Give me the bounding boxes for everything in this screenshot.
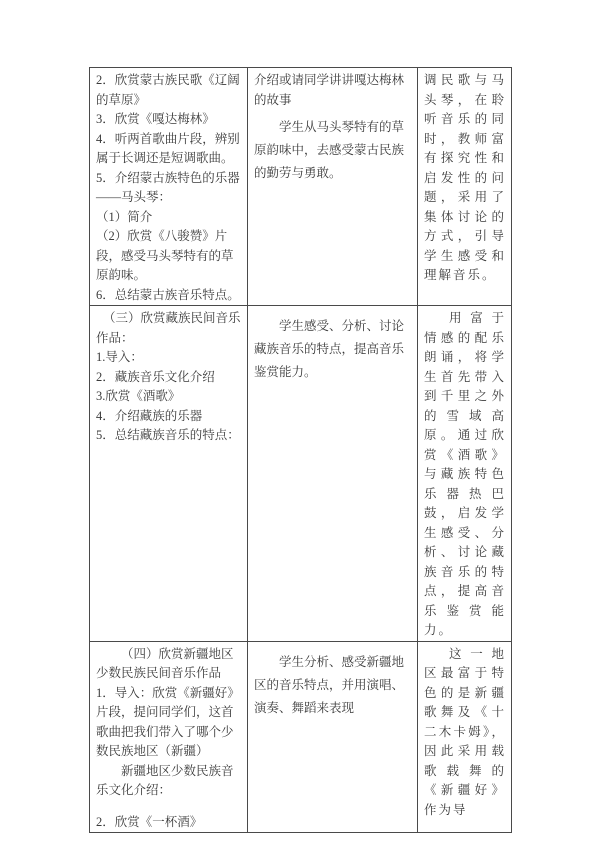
paragraph: 6．总结蒙古族音乐特点。 <box>96 286 242 306</box>
paragraph: （四）欣赏新疆地区少数民族民间音乐作品 <box>96 645 242 684</box>
table-row: （三）欣赏藏族民间音乐作品： 1.导入： 2．藏族音乐文化介绍 3.欣赏《酒歌》… <box>90 306 512 642</box>
paragraph: 5．介绍蒙古族特色的乐器——马头琴： <box>96 169 242 208</box>
paragraph: 学生从马头琴特有的草原韵味中，去感受蒙古民族的勤劳与勇敢。 <box>254 116 412 185</box>
paragraph: 5．总结藏族音乐的特点： <box>96 426 242 446</box>
table-row: 2．欣赏蒙古族民歌《辽阔的草原》 3．欣赏《嘎达梅林》 4．听两首歌曲片段，辨别… <box>90 68 512 306</box>
paragraph: 这一地区最富于特色的是新疆歌舞及《十二木卡姆》，因此采用载歌载舞的《新疆好》作为… <box>424 645 506 821</box>
cell-teaching-steps: （四）欣赏新疆地区少数民族民间音乐作品 1．导入：欣赏《新疆好》片段，提问同学们… <box>90 641 248 833</box>
paragraph: 新疆地区少数民族音乐文化介绍： <box>96 762 242 801</box>
document-page: 2．欣赏蒙古族民歌《辽阔的草原》 3．欣赏《嘎达梅林》 4．听两首歌曲片段，辨别… <box>0 0 595 842</box>
cell-design-intent: 用富于情感的配乐朗诵，将学生首先带入到千里之外的雪域高原。通过欣赏《酒歌》与藏族… <box>418 306 512 642</box>
cell-student-activity: 学生分析、感受新疆地区的音乐特点，并用演唱、演奏、舞蹈来表现 <box>248 641 418 833</box>
paragraph: 学生分析、感受新疆地区的音乐特点，并用演唱、演奏、舞蹈来表现 <box>254 651 412 720</box>
paragraph: 1.导入： <box>96 348 242 368</box>
paragraph: （1）简介 <box>96 208 242 228</box>
cell-teaching-steps: （三）欣赏藏族民间音乐作品： 1.导入： 2．藏族音乐文化介绍 3.欣赏《酒歌》… <box>90 306 248 642</box>
paragraph: 3.欣赏《酒歌》 <box>96 387 242 407</box>
paragraph: 2．欣赏《一杯酒》 <box>96 813 242 833</box>
cell-teaching-steps: 2．欣赏蒙古族民歌《辽阔的草原》 3．欣赏《嘎达梅林》 4．听两首歌曲片段，辨别… <box>90 68 248 306</box>
cell-design-intent: 调民歌与马头琴，在聆听音乐的同时，教师富有探究性和启发性的问题，采用了集体讨论的… <box>418 68 512 306</box>
paragraph: 2．藏族音乐文化介绍 <box>96 368 242 388</box>
paragraph: 4．介绍藏族的乐器 <box>96 407 242 427</box>
cell-student-activity: 介绍或请同学讲讲嘎达梅林的故事 学生从马头琴特有的草原韵味中，去感受蒙古民族的勤… <box>248 68 418 306</box>
paragraph: 4．听两首歌曲片段，辨别属于长调还是短调歌曲。 <box>96 130 242 169</box>
paragraph: （2）欣赏《八骏赞》片段，感受马头琴特有的草原韵味。 <box>96 227 242 286</box>
table-row: （四）欣赏新疆地区少数民族民间音乐作品 1．导入：欣赏《新疆好》片段，提问同学们… <box>90 641 512 833</box>
paragraph: 用富于情感的配乐朗诵，将学生首先带入到千里之外的雪域高原。通过欣赏《酒歌》与藏族… <box>424 309 506 641</box>
paragraph: 调民歌与马头琴，在聆听音乐的同时，教师富有探究性和启发性的问题，采用了集体讨论的… <box>424 71 506 286</box>
paragraph: 3．欣赏《嘎达梅林》 <box>96 110 242 130</box>
cell-student-activity: 学生感受、分析、讨论藏族音乐的特点，提高音乐鉴赏能力。 <box>248 306 418 642</box>
paragraph: （三）欣赏藏族民间音乐作品： <box>96 309 242 348</box>
paragraph: 介绍或请同学讲讲嘎达梅林的故事 <box>254 71 412 110</box>
lesson-plan-table: 2．欣赏蒙古族民歌《辽阔的草原》 3．欣赏《嘎达梅林》 4．听两首歌曲片段，辨别… <box>89 67 512 833</box>
cell-design-intent: 这一地区最富于特色的是新疆歌舞及《十二木卡姆》，因此采用载歌载舞的《新疆好》作为… <box>418 641 512 833</box>
paragraph: 学生感受、分析、讨论藏族音乐的特点，提高音乐鉴赏能力。 <box>254 315 412 384</box>
paragraph: 1．导入：欣赏《新疆好》片段，提问同学们，这首歌曲把我们带入了哪个少数民族地区（… <box>96 684 242 762</box>
paragraph: 2．欣赏蒙古族民歌《辽阔的草原》 <box>96 71 242 110</box>
